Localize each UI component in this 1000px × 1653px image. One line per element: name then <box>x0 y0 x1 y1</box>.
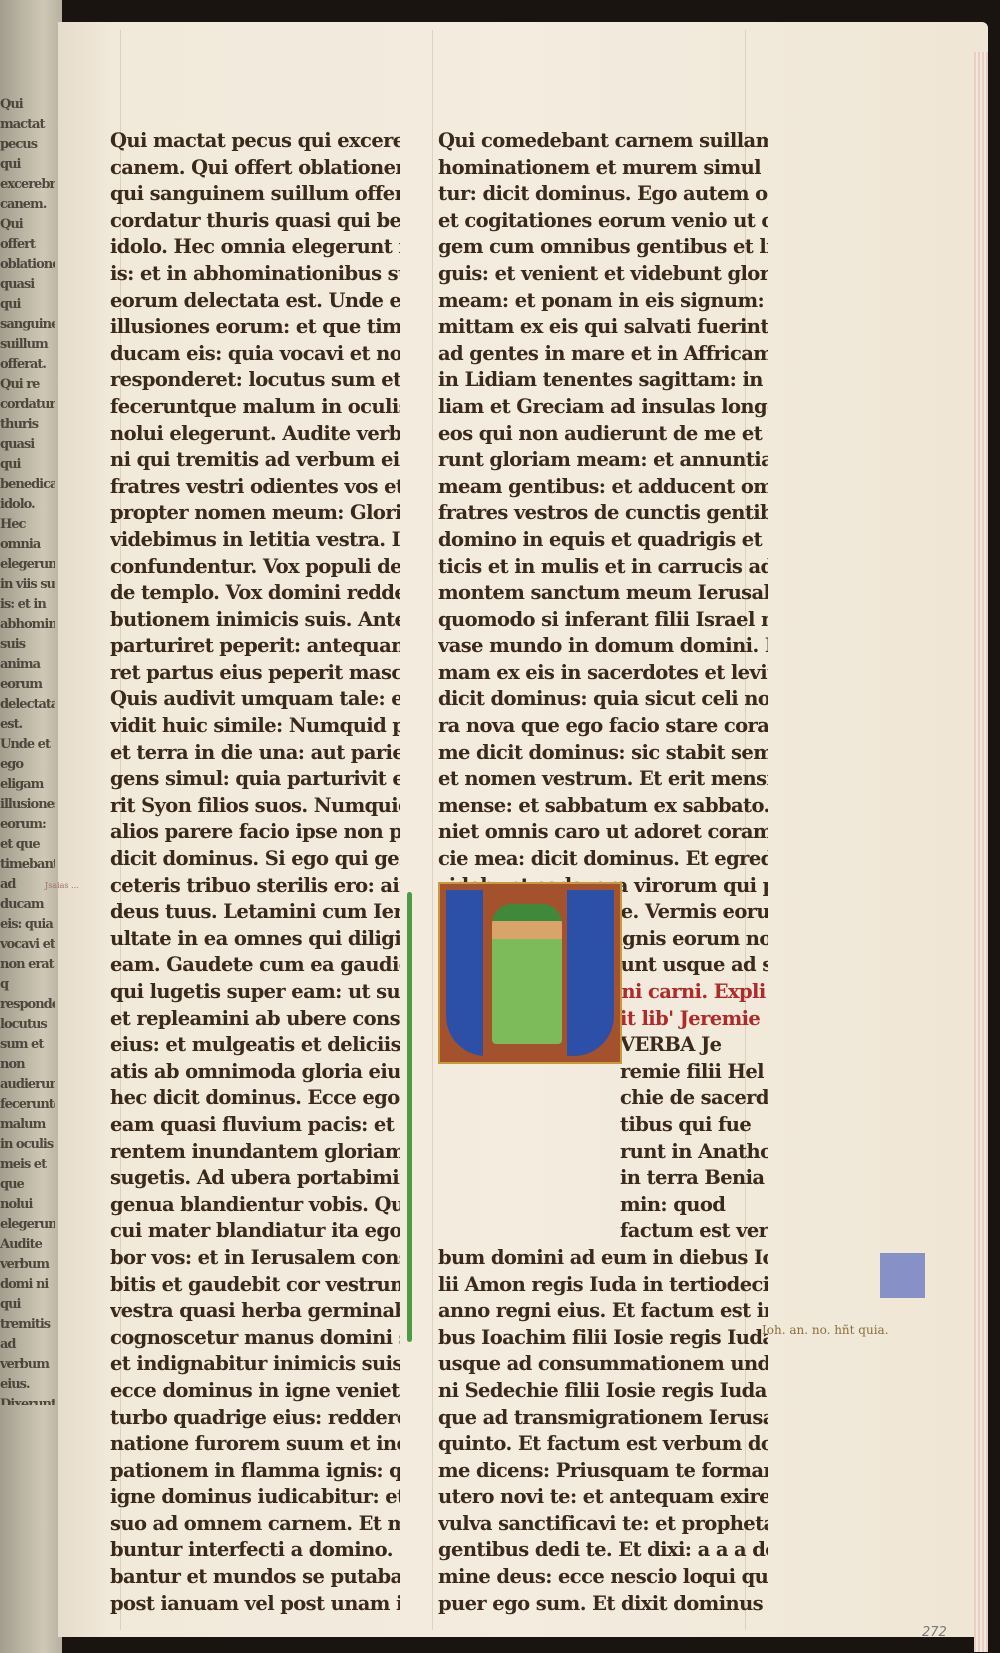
text-line: gens simul: quia parturivit et pepe <box>110 766 400 793</box>
text-line: lii Amon regis Iuda in tertiodecimo <box>438 1272 768 1299</box>
text-line: gem cum omnibus gentibus et lin <box>438 234 768 261</box>
text-line: vase mundo in domum domini. Et assu <box>438 633 768 660</box>
text-line: mense: et sabbatum ex sabbato. Et ve <box>438 793 768 820</box>
text-line: illusiones eorum: et que timebant ad <box>110 314 400 341</box>
text-line: bum domini ad eum in diebus Iosie fi <box>438 1245 768 1272</box>
text-line: suo ad omnem carnem. Et multiplica <box>110 1511 400 1538</box>
text-line: anno regni eius. Et factum est in die <box>438 1298 768 1325</box>
text-line: nolui elegerunt. Audite verbum domi <box>110 421 400 448</box>
text-line: meam gentibus: et adducent omnes <box>438 474 768 501</box>
text-line: me dicit dominus: sic stabit semen vestr… <box>438 740 768 767</box>
text-line: ticis et in mulis et in carrucis ad <box>438 554 768 581</box>
text-line: dicit dominus: quia sicut celi novi et t… <box>438 686 768 713</box>
text-line: bus Ioachim filii Iosie regis Iuda <box>438 1325 768 1352</box>
text-line: qui sanguinem suillum offerat. Qui re <box>110 181 400 208</box>
text-line: deus tuus. Letamini cum Ierusalem et ex <box>110 899 400 926</box>
text-line: in terra Benia <box>438 1165 768 1192</box>
page-fore-edge <box>974 52 988 1652</box>
text-line: et repleamini ab ubere consolationis <box>110 1006 400 1033</box>
text-line: atis ab omnimoda gloria eius. Quia <box>110 1059 400 1086</box>
text-line: post ianuam vel post unam intrinsecus. <box>110 1591 400 1618</box>
text-line: et nomen vestrum. Et erit mensis ex <box>438 766 768 793</box>
text-line: guis: et venient et videbunt gloriam <box>438 261 768 288</box>
text-line: que ad transmigrationem Ierusalem in men… <box>438 1405 768 1432</box>
facing-page-text: Qui mactat pecus qui excerebret canem. Q… <box>0 95 55 1405</box>
marginal-note-right: Ioh. an. no. hñt quia. <box>762 1323 889 1337</box>
text-line: vidit huic simile: Numquid parturi <box>110 713 400 740</box>
text-line: gentibus dedi te. Et dixi: a a a do <box>438 1537 768 1564</box>
text-line: eam quasi fluvium pacis: et quasi tor <box>110 1112 400 1139</box>
text-line: puer ego sum. Et dixit dominus ad me. <box>438 1591 768 1618</box>
column-ruling <box>432 30 433 1630</box>
text-line: ni qui tremitis ad verbum eius. Dixerunt <box>110 447 400 474</box>
text-line: feceruntque malum in oculis meis et que <box>110 394 400 421</box>
text-line: domino in equis et quadrigis et in let <box>438 527 768 554</box>
text-line: eam. Gaudete cum ea gaudio universi <box>110 952 400 979</box>
text-line: me dicens: Priusquam te formarem in <box>438 1458 768 1485</box>
text-line: Qui comedebant carnem suillam et ab <box>438 128 768 155</box>
text-line: factum est ver <box>438 1218 768 1245</box>
text-line: montem sanctum meum Ierusalem dicit domi… <box>438 580 768 607</box>
text-line: buntur interfecti a domino. Qui sanctifi… <box>110 1537 400 1564</box>
text-line: rentem inundantem gloriam gentium quam <box>110 1139 400 1166</box>
text-line: eos qui non audierunt de me et vide <box>438 421 768 448</box>
text-column-left: Qui mactat pecus qui excerebretcanem. Qu… <box>110 128 400 1617</box>
text-line: in Lidiam tenentes sagittam: in Ita <box>438 367 768 394</box>
text-line: propter nomen meum: Glorificetur dominus… <box>110 500 400 527</box>
blue-page-tab <box>880 1253 925 1298</box>
text-line: alios parere facio ipse non pariam <box>110 819 400 846</box>
text-line: idolo. Hec omnia elegerunt in viis su <box>110 234 400 261</box>
text-line: mine deus: ecce nescio loqui quia <box>438 1564 768 1591</box>
prophet-figure <box>492 904 562 1044</box>
text-line: ultate in ea omnes qui diligitis <box>110 926 400 953</box>
text-line: et indignabitur inimicis suis. Quia <box>110 1351 400 1378</box>
text-line: quomodo si inferant filii Israel munus i… <box>438 607 768 634</box>
text-line: tur: dicit dominus. Ego autem opera eoru… <box>438 181 768 208</box>
text-line: chie de sacerdo <box>438 1085 768 1112</box>
marginal-note-left: Jsaias ... <box>45 880 115 891</box>
text-line: vulva sanctificavi te: et prophetam in <box>438 1511 768 1538</box>
text-line: runt in Anathot <box>438 1139 768 1166</box>
text-line: dicit dominus. Si ego qui generationem <box>110 846 400 873</box>
text-line: hominationem et murem simul consume <box>438 155 768 182</box>
historiated-initial <box>438 882 622 1064</box>
text-line: confundentur. Vox populi de civitate vox <box>110 554 400 581</box>
text-line: min: quod <box>438 1192 768 1219</box>
text-line: responderet: locutus sum et non audierun… <box>110 367 400 394</box>
text-line: liam et Greciam ad insulas longe ad <box>438 394 768 421</box>
text-line: is: et in abhominationibus suis anima <box>110 261 400 288</box>
text-line: ra nova que ego facio stare coram <box>438 713 768 740</box>
text-line: fratres vestros de cunctis gentibus donu… <box>438 500 768 527</box>
text-line: natione furorem suum et incre <box>110 1431 400 1458</box>
text-line: niet omnis caro ut adoret coram fa <box>438 819 768 846</box>
text-line: ad gentes in mare et in Affricam et <box>438 341 768 368</box>
text-line: igne dominus iudicabitur: et in gladio <box>110 1484 400 1511</box>
text-line: ceteris tribuo sterilis ero: ait dominus <box>110 873 400 900</box>
text-line: qui lugetis super eam: ut sugatis <box>110 979 400 1006</box>
text-line: canem. Qui offert oblationem: quasi <box>110 155 400 182</box>
text-line: videbimus in letitia vestra. Ipsi autem <box>110 527 400 554</box>
folio-number: 272 <box>922 1625 947 1640</box>
text-line: tibus qui fue <box>438 1112 768 1139</box>
text-line: rit Syon filios suos. Numquid ego qui <box>110 793 400 820</box>
text-line: fratres vestri odientes vos et abiicient… <box>110 474 400 501</box>
text-line: ni Sedechie filii Iosie regis Iuda: us <box>438 1378 768 1405</box>
text-line: bantur et mundos se putabant in ortis <box>110 1564 400 1591</box>
text-line: Qui mactat pecus qui excerebret <box>110 128 400 155</box>
text-line: Quis audivit umquam tale: et quis <box>110 686 400 713</box>
text-line: utero novi te: et antequam exires de <box>438 1484 768 1511</box>
text-line: bitis et gaudebit cor vestrum: et ossa <box>110 1272 400 1299</box>
text-line: pationem in flamma ignis: quia in <box>110 1458 400 1485</box>
text-line: runt gloriam meam: et annuntiabunt glori… <box>438 447 768 474</box>
text-line: et terra in die una: aut parietur <box>110 740 400 767</box>
text-line: cordatur thuris quasi qui benedicat <box>110 208 400 235</box>
text-line: cui mater blandiatur ita ego consola <box>110 1218 400 1245</box>
text-line: mam ex eis in sacerdotes et levitas <box>438 660 768 687</box>
text-line: sugetis. Ad ubera portabimini: et super <box>110 1165 400 1192</box>
text-line: cognoscetur manus domini servis eius: <box>110 1325 400 1352</box>
text-line: cie mea: dicit dominus. Et egredientur e… <box>438 846 768 873</box>
text-line: turbo quadrige eius: reddere in indig <box>110 1405 400 1432</box>
text-line: ducam eis: quia vocavi et non erat q <box>110 341 400 368</box>
text-line: usque ad consummationem undecimi an <box>438 1351 768 1378</box>
text-line: eorum delectata est. Unde et ego eligam <box>110 288 400 315</box>
text-line: meam: et ponam in eis signum: et <box>438 288 768 315</box>
text-line: mittam ex eis qui salvati fuerint <box>438 314 768 341</box>
text-column-right: Qui comedebant carnem suillam et abhomin… <box>438 128 768 1617</box>
text-line: ret partus eius peperit masculum. <box>110 660 400 687</box>
initial-border-stem <box>407 892 412 1342</box>
text-line: vestra quasi herba germinabunt. Et <box>110 1298 400 1325</box>
text-line: et cogitationes eorum venio ut congre <box>438 208 768 235</box>
text-line: eius: et mulgeatis et deliciis afflu <box>110 1032 400 1059</box>
text-line: butionem inimicis suis. Antequam <box>110 607 400 634</box>
facing-page-edge: Qui mactat pecus qui excerebret canem. Q… <box>0 0 62 1653</box>
text-line: de templo. Vox domini reddentis retri <box>110 580 400 607</box>
text-line: hec dicit dominus. Ecce ego declinabo su… <box>110 1085 400 1112</box>
text-line: parturiret peperit: antequam veni <box>110 633 400 660</box>
text-line: quinto. Et factum est verbum domini ad <box>438 1431 768 1458</box>
text-line: genua blandientur vobis. Quomodo si <box>110 1192 400 1219</box>
text-line: bor vos: et in Ierusalem consolabimini. … <box>110 1245 400 1272</box>
text-line: ecce dominus in igne veniet et quasi <box>110 1378 400 1405</box>
